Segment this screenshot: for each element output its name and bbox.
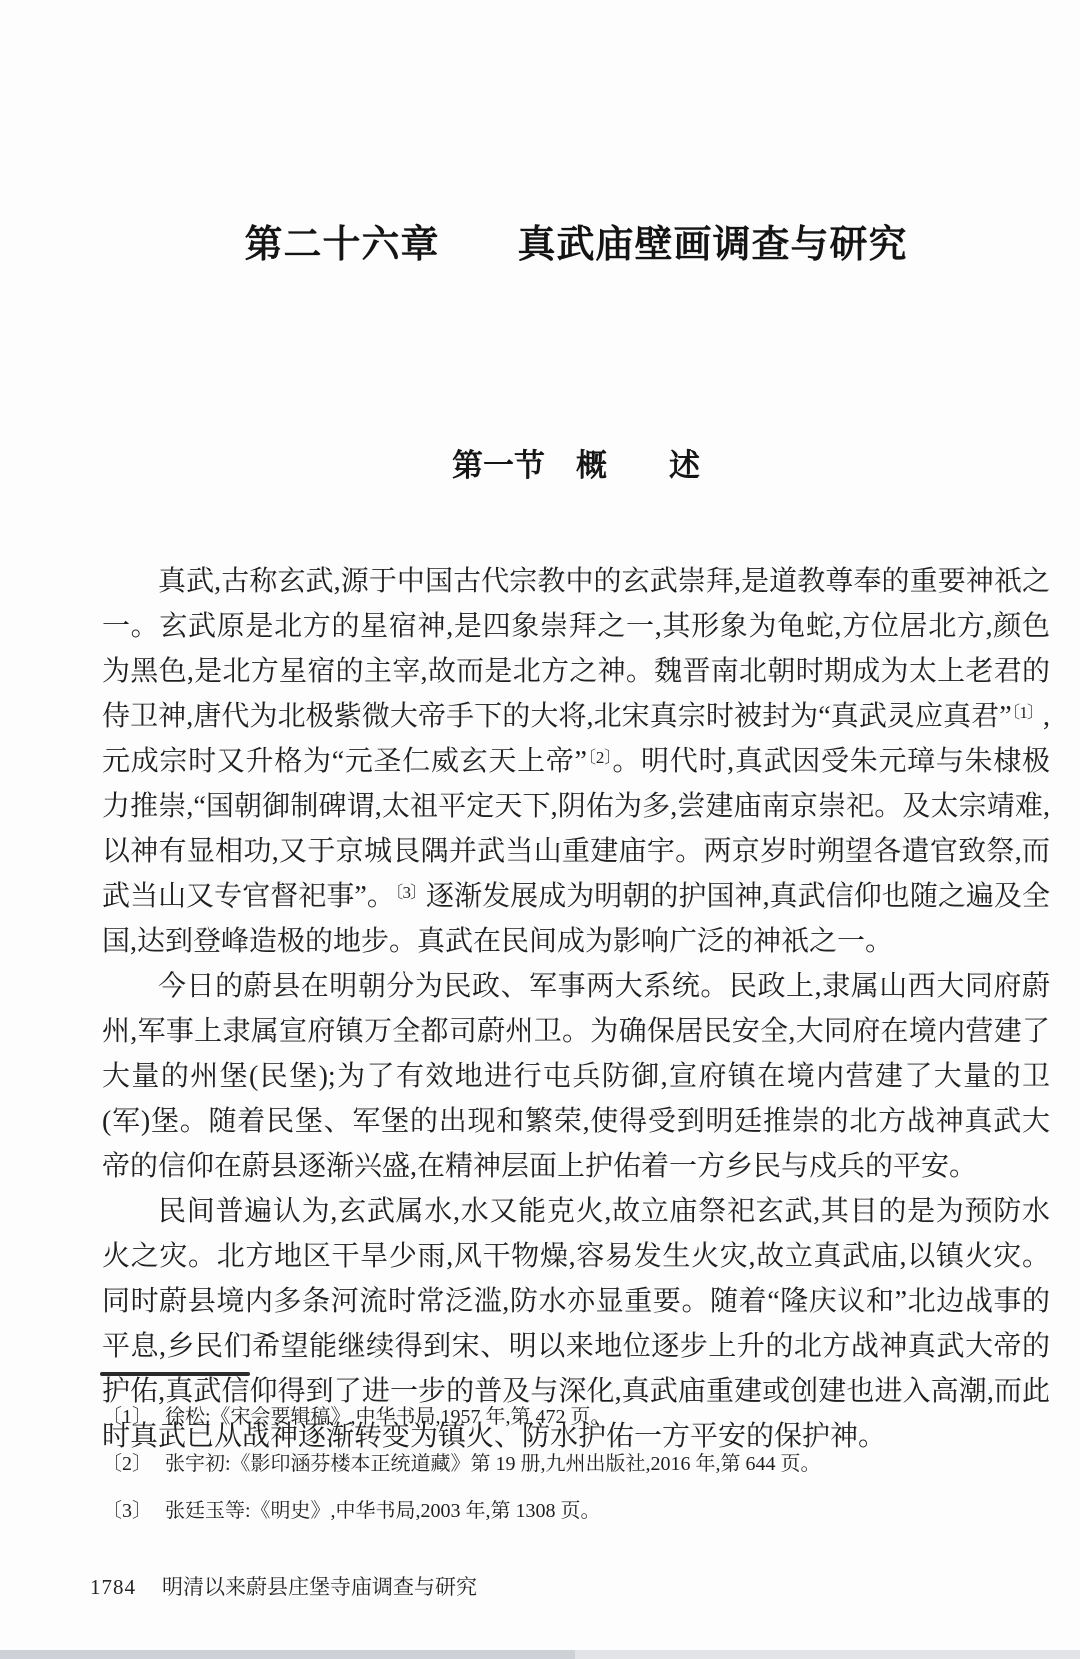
footnote-marker: 〔2〕 bbox=[102, 1453, 152, 1475]
footnote-marker: 〔1〕 bbox=[102, 1406, 152, 1428]
footnote-marker: 〔3〕 bbox=[102, 1500, 152, 1522]
footnote-text: 张宇初:《影印涵芬楼本正统道藏》第 19 册,九州出版社,2016 年,第 64… bbox=[165, 1453, 821, 1475]
paragraph-text: 真武,古称玄武,源于中国古代宗教中的玄武崇拜,是道教尊奉的重要神祇之一。玄武原是… bbox=[102, 566, 1050, 732]
paragraph-text: 今日的蔚县在明朝分为民政、军事两大系统。民政上,隶属山西大同府蔚州,军事上隶属宣… bbox=[102, 971, 1050, 1182]
footnotes: 〔1〕徐松:《宋会要辑稿》,中华书局,1957 年,第 472 页。 〔2〕张宇… bbox=[102, 1394, 1050, 1535]
chapter-title: 第二十六章 真武庙壁画调查与研究 bbox=[102, 220, 1050, 270]
footnote-ref-2: 〔2〕 bbox=[587, 748, 612, 767]
scan-edge-right bbox=[575, 1650, 1080, 1659]
body-text: 真武,古称玄武,源于中国古代宗教中的玄武崇拜,是道教尊奉的重要神祇之一。玄武原是… bbox=[102, 559, 1050, 1459]
paragraph-2: 今日的蔚县在明朝分为民政、军事两大系统。民政上,隶属山西大同府蔚州,军事上隶属宣… bbox=[102, 964, 1050, 1189]
paragraph-1: 真武,古称玄武,源于中国古代宗教中的玄武崇拜,是道教尊奉的重要神祇之一。玄武原是… bbox=[102, 559, 1050, 964]
footnote-item-3: 〔3〕张廷玉等:《明史》,中华书局,2003 年,第 1308 页。 bbox=[102, 1488, 1050, 1535]
footnote-separator-rule bbox=[100, 1372, 250, 1376]
book-page: 第二十六章 真武庙壁画调查与研究 第一节 概 述 真武,古称玄武,源于中国古代宗… bbox=[0, 0, 1080, 1659]
footnote-ref-3: 〔3〕 bbox=[395, 883, 426, 902]
footnote-text: 徐松:《宋会要辑稿》,中华书局,1957 年,第 472 页。 bbox=[165, 1406, 611, 1428]
scan-edge-left bbox=[0, 1650, 575, 1659]
page-footer: 1784明清以来蔚县庄堡寺庙调查与研究 bbox=[90, 1572, 477, 1602]
scan-edge-band bbox=[0, 1650, 1080, 1659]
footnote-item-1: 〔1〕徐松:《宋会要辑稿》,中华书局,1957 年,第 472 页。 bbox=[102, 1394, 1050, 1441]
footnote-text: 张廷玉等:《明史》,中华书局,2003 年,第 1308 页。 bbox=[165, 1500, 601, 1522]
footnote-item-2: 〔2〕张宇初:《影印涵芬楼本正统道藏》第 19 册,九州出版社,2016 年,第… bbox=[102, 1441, 1050, 1488]
book-title: 明清以来蔚县庄堡寺庙调查与研究 bbox=[162, 1575, 477, 1599]
section-title: 第一节 概 述 bbox=[102, 444, 1050, 488]
footnote-ref-1: 〔1〕 bbox=[1012, 703, 1043, 722]
page-number: 1784 bbox=[90, 1575, 136, 1599]
